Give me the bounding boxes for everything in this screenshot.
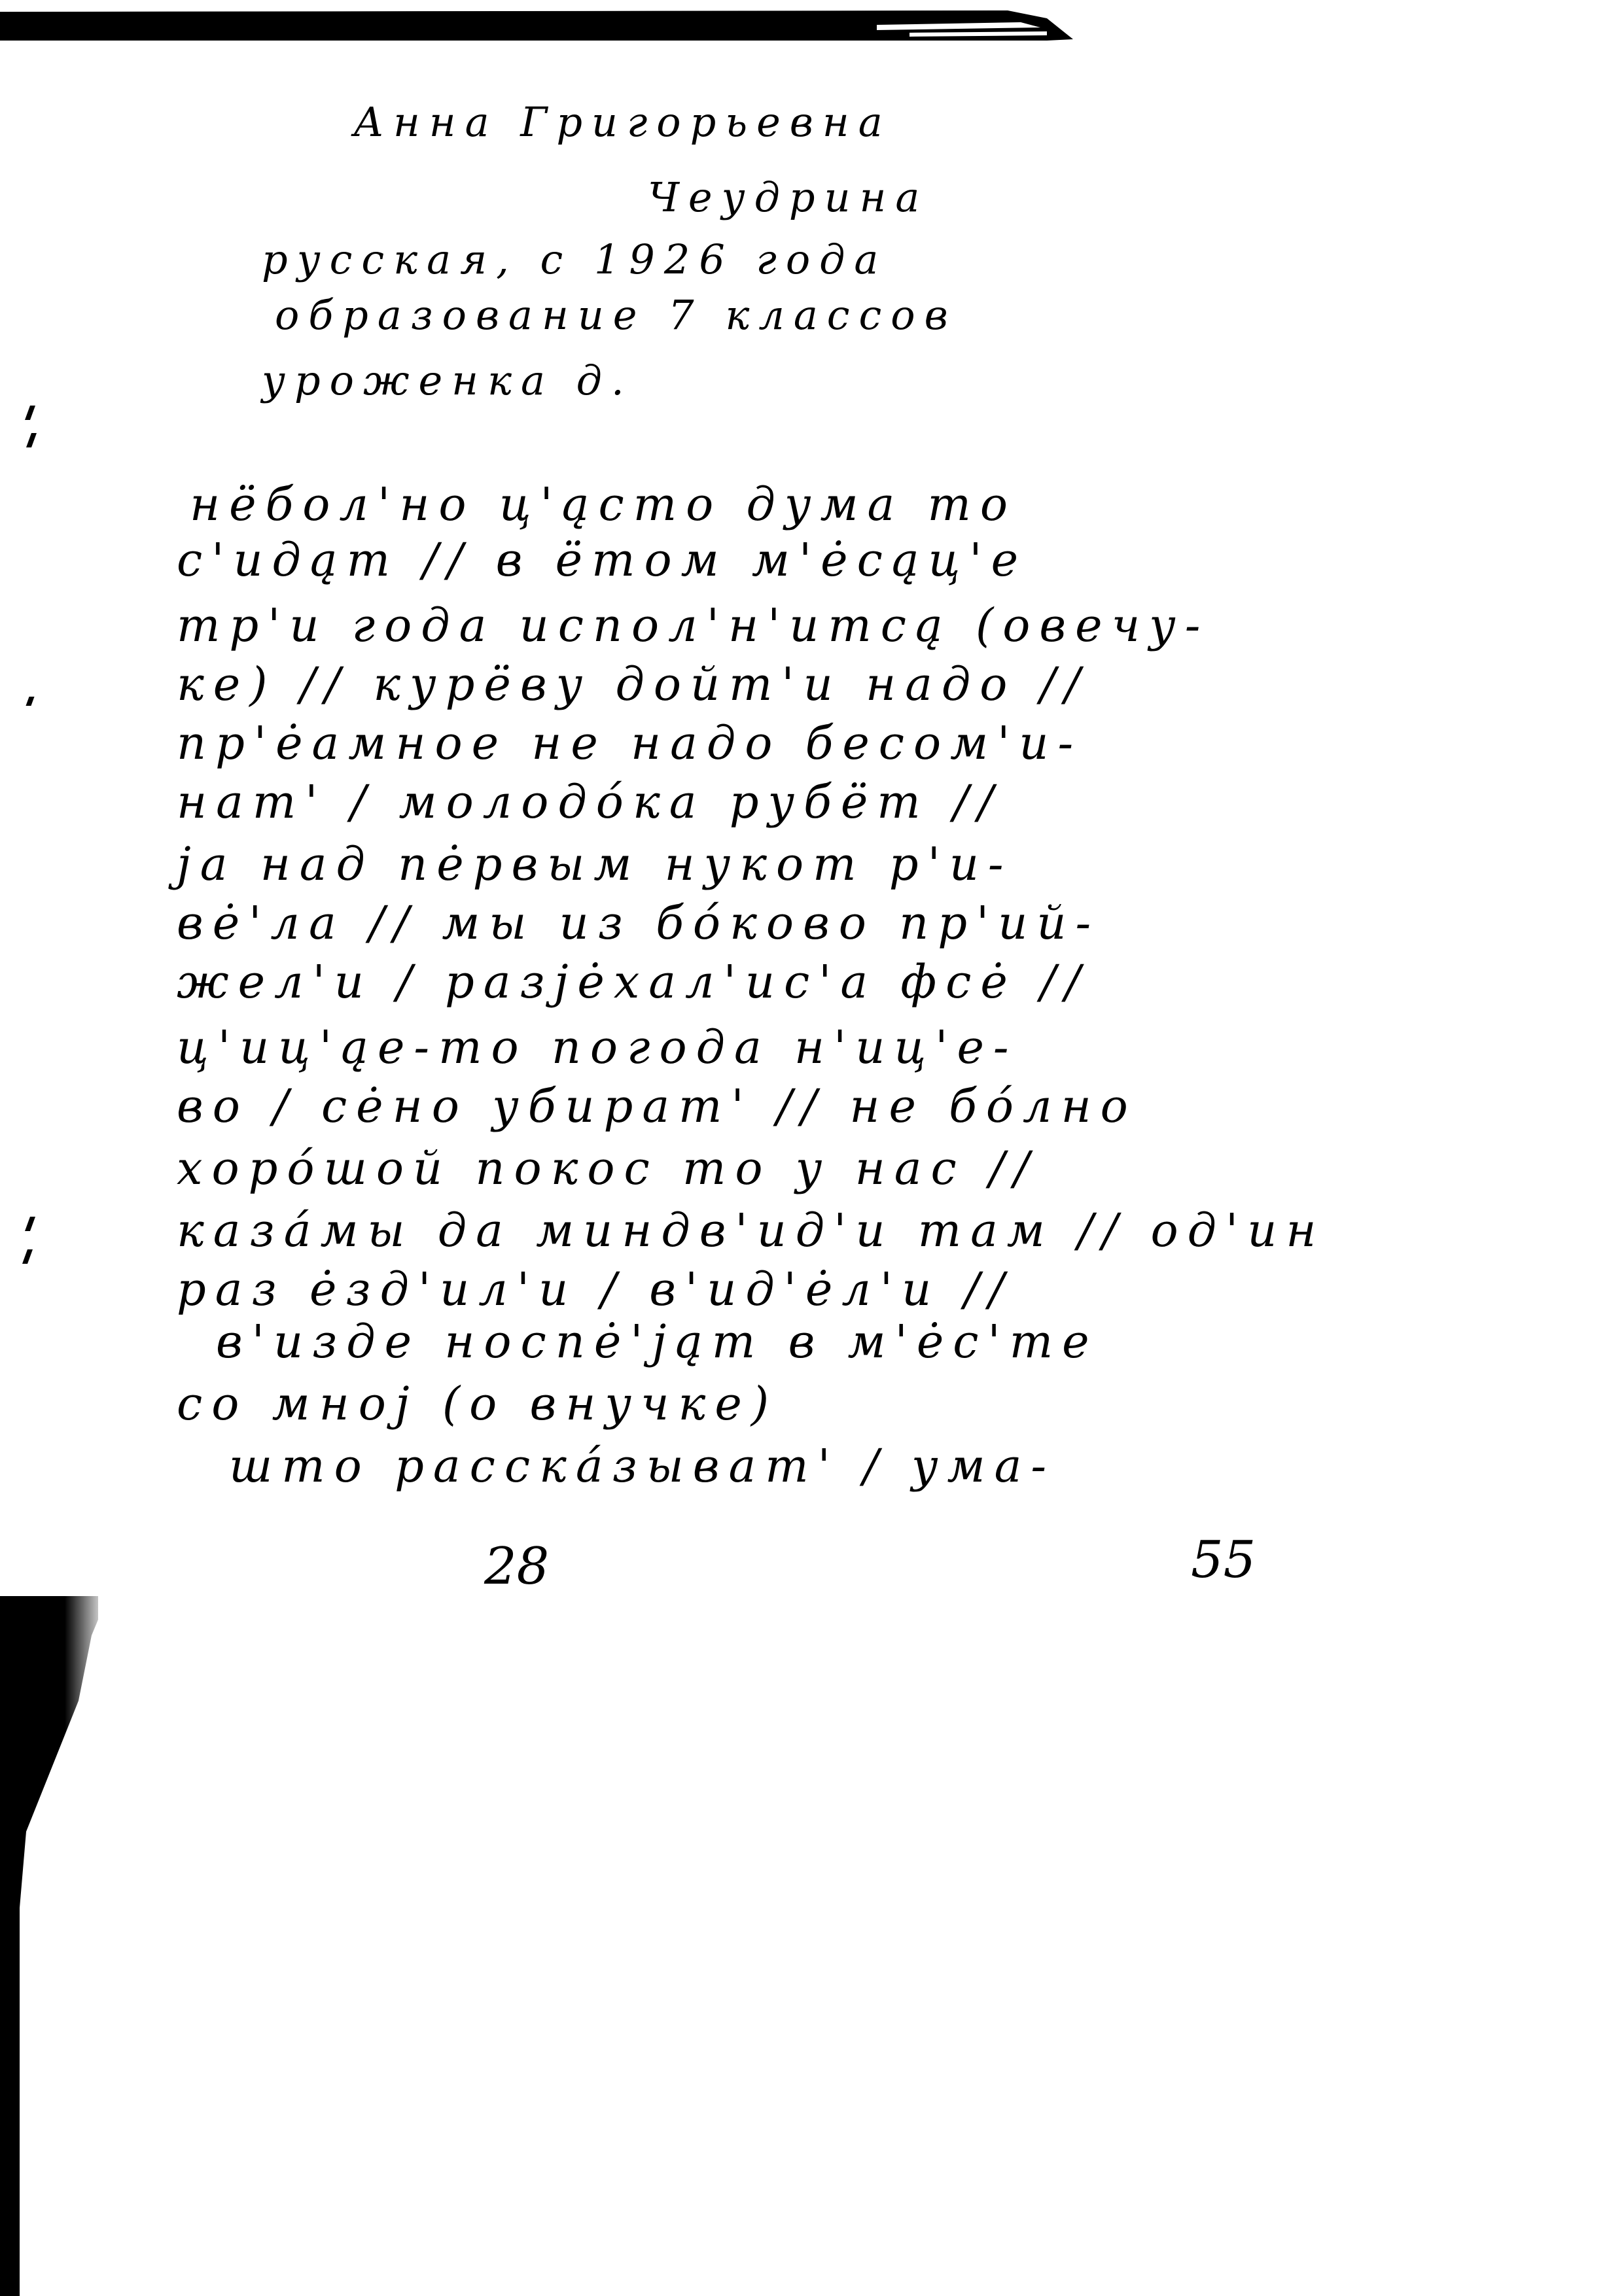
- body-line: вė'ла // мы из бóково пр'ий-: [177, 896, 1100, 950]
- scan-edge-shadow-left: [0, 1596, 98, 2296]
- body-line: jа над пėрвым нукоm р'и-: [177, 837, 1013, 891]
- body-line: нёбол'но ц'ąсто дума то: [190, 478, 1017, 531]
- page-number-left: 28: [484, 1537, 549, 1596]
- body-line: тр'и года испол'н'итсą (овечу-: [177, 599, 1209, 652]
- body-line: со мноj (о внучке): [177, 1377, 778, 1431]
- page-number-right: 55: [1191, 1531, 1256, 1590]
- margin-tick: [25, 406, 35, 420]
- header-surname: Чеудрина: [648, 173, 928, 221]
- header-nationality: русская, с 1926 года: [262, 235, 887, 283]
- body-line: раз ėзд'ил'и / в'ид'ėл'и //: [177, 1262, 1014, 1316]
- body-line: ке) // курёву дойт'и надо //: [177, 657, 1089, 711]
- margin-tick: [22, 1249, 33, 1264]
- margin-tick: [26, 697, 34, 706]
- body-line: во / сėно убират' // не бóлно: [177, 1079, 1137, 1133]
- body-line: жел'и / разjėхал'ис'а фсė //: [177, 955, 1089, 1009]
- body-line: пр'ėамное не надо бесом'и-: [177, 716, 1082, 770]
- body-line: в'изде носnė'jąт в м'ėс'те: [216, 1315, 1099, 1368]
- body-line: казáмы да миндв'ид'и там // од'ин: [177, 1204, 1325, 1257]
- header-name: Анна Григорьевна: [353, 98, 892, 146]
- body-line: ц'иц'ąе-то погода н'иц'е-: [177, 1020, 1018, 1074]
- scanned-page: Анна Григорьевна Чеудрина русская, с 192…: [0, 0, 1607, 2296]
- body-line: што расскáзыват' / ума-: [229, 1439, 1055, 1493]
- margin-tick: [26, 433, 37, 447]
- header-origin: уроженка д.: [262, 357, 633, 404]
- body-line: нат' / молодóка рубёт //: [177, 775, 1002, 829]
- margin-tick: [25, 1217, 35, 1231]
- scan-edge-artifact-top: [0, 7, 1073, 43]
- header-education: образование 7 классов: [275, 291, 957, 339]
- body-line: хорóшой покос то у нас //: [177, 1141, 1038, 1195]
- body-line: с'идąт // в ётом м'ėсąц'е: [177, 533, 1027, 587]
